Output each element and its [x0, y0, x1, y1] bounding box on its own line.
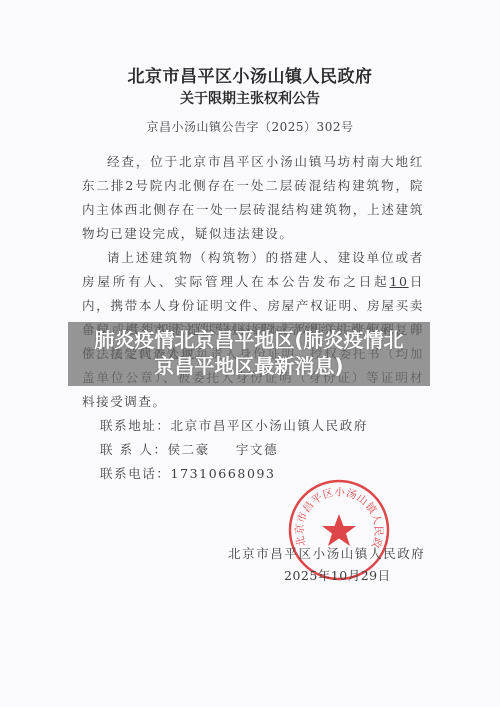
contact-phone-value: 17310668093 — [171, 466, 276, 481]
paragraph-text-before: 请上述建筑物（构筑物）的搭建人、建设单位或者房屋所有人、实际管理人在本公告发布之… — [82, 250, 424, 289]
contact-person-label: 联 系 人： — [100, 442, 168, 457]
overlay-banner-text: 肺炎疫情北京昌平地区(肺炎疫情北 京昌平地区最新消息) — [68, 322, 430, 379]
contact-address-label: 联系地址： — [100, 418, 171, 433]
overlay-banner-line-2: 京昌平地区最新消息) — [68, 353, 430, 379]
contact-person-2: 宇文德 — [236, 442, 278, 457]
issuer-title: 北京市昌平区小汤山镇人民政府 — [0, 62, 500, 87]
paragraph-text: 经查，位于北京市昌平区小汤山镇马坊村南大地红东二排2号院内北侧存在一处二层砖混结… — [82, 150, 424, 246]
signer-name: 北京市昌平区小汤山镇人民政府 — [228, 544, 425, 562]
notice-title: 关于限期主张权利公告 — [0, 88, 500, 108]
overlay-banner-line-1: 肺炎疫情北京昌平地区(肺炎疫情北 — [68, 327, 430, 353]
contact-person-1: 侯二豪 — [168, 442, 210, 457]
contact-person: 联 系 人：侯二豪宇文德 — [100, 438, 278, 462]
contact-phone-label: 联系电话： — [100, 466, 171, 481]
document-number: 京昌小汤山镇公告字（2025）302号 — [0, 118, 500, 135]
paragraph-finding: 经查，位于北京市昌平区小汤山镇马坊村南大地红东二排2号院内北侧存在一处二层砖混结… — [82, 150, 424, 246]
notice-document: 北京市昌平区小汤山镇人民政府 关于限期主张权利公告 京昌小汤山镇公告字（2025… — [0, 0, 500, 707]
deadline-days: 10 — [390, 274, 409, 289]
issue-date: 2025年10月29日 — [284, 566, 391, 584]
contact-address: 联系地址：北京市昌平区小汤山镇人民政府 — [100, 414, 368, 438]
contact-phone: 联系电话：17310668093 — [100, 462, 276, 486]
contact-address-value: 北京市昌平区小汤山镇人民政府 — [171, 418, 368, 433]
